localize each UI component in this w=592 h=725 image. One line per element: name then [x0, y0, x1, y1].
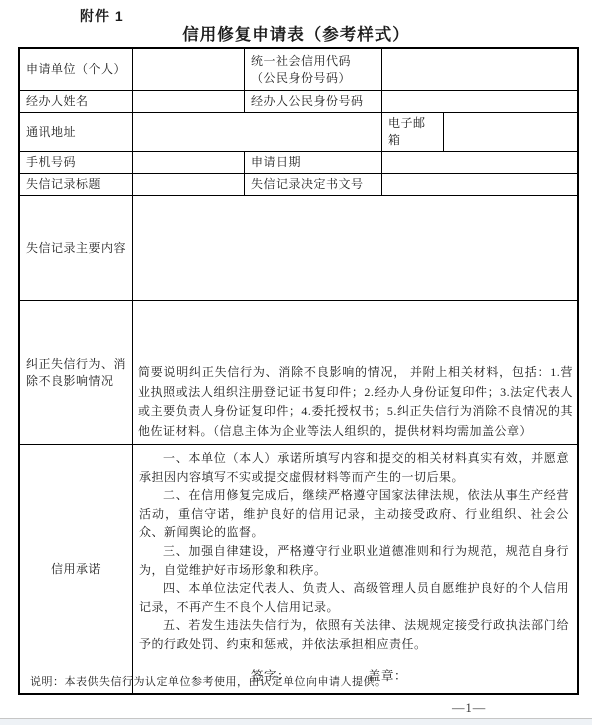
address-value-cell	[133, 113, 382, 151]
credit-code-label: 统一社会信用代码 （公民身份号码）	[245, 49, 382, 90]
record-title-value-cell	[133, 174, 245, 195]
commitment-item-1: 一、本单位（本人）承诺所填写内容和提交的相关材料真实有效，并愿意承担因内容填写不…	[139, 449, 569, 486]
record-title-label: 失信记录标题	[20, 174, 133, 195]
phone-value-cell	[133, 152, 245, 173]
agent-id-label: 经办人公民身份号码	[245, 91, 382, 112]
commitment-item-3: 三、加强自律建设，严格遵守行业职业道德准则和行为规范，规范自身行为，自觉维护好市…	[139, 542, 569, 579]
email-label: 电子邮箱	[382, 113, 444, 151]
row-commitment: 信用承诺 一、本单位（本人）承诺所填写内容和提交的相关材料真实有效，并愿意承担因…	[20, 445, 577, 693]
row-agent: 经办人姓名 经办人公民身份号码	[20, 91, 577, 113]
commitment-item-4: 四、本单位法定代表人、负责人、高级管理人员自愿维护良好的个人信用记录，不再产生不…	[139, 579, 569, 616]
email-value-cell	[444, 113, 577, 151]
row-correction: 纠正失信行为、消除不良影响情况 简要说明纠正失信行为、消除不良影响的情况， 并附…	[20, 301, 577, 445]
window-bottom-edge	[0, 718, 592, 725]
credit-repair-form-table: 申请单位（个人） 统一社会信用代码 （公民身份号码） 经办人姓名 经办人公民身份…	[18, 47, 579, 695]
apply-date-value-cell	[382, 152, 577, 173]
credit-code-label-text: 统一社会信用代码 （公民身份号码）	[251, 53, 351, 87]
correction-label: 纠正失信行为、消除不良影响情况	[20, 301, 133, 444]
agent-name-value-cell	[133, 91, 245, 112]
credit-code-value-cell	[382, 49, 577, 90]
row-record-title: 失信记录标题 失信记录决定书文号	[20, 174, 577, 196]
page-title: 信用修复申请表（参考样式）	[0, 21, 592, 45]
record-content-label: 失信记录主要内容	[20, 196, 133, 300]
row-applicant: 申请单位（个人） 统一社会信用代码 （公民身份号码）	[20, 49, 577, 91]
applicant-label: 申请单位（个人）	[20, 49, 133, 90]
commitment-item-5: 五、若发生违法失信行为，依照有关法律、法规规定接受行政执法部门给予的行政处罚、约…	[139, 616, 569, 653]
page-number: —1—	[452, 701, 486, 716]
form-note: 说明：本表供失信行为认定单位参考使用，由认定单位向申请人提供。	[30, 673, 387, 689]
correction-description-text: 简要说明纠正失信行为、消除不良影响的情况， 并附上相关材料，包括：1.营业执照或…	[138, 363, 573, 441]
commitment-item-2: 二、在信用修复完成后，继续严格遵守国家法律法规，依法从事生产经营活动，重信守诺，…	[139, 486, 569, 542]
row-record-content: 失信记录主要内容	[20, 196, 577, 301]
applicant-value-cell	[133, 49, 245, 90]
record-doc-no-value-cell	[382, 174, 577, 195]
agent-id-value-cell	[382, 91, 577, 112]
record-content-value-cell	[133, 196, 577, 300]
agent-name-label: 经办人姓名	[20, 91, 133, 112]
record-doc-no-label: 失信记录决定书文号	[245, 174, 382, 195]
commitment-label: 信用承诺	[20, 445, 133, 693]
commitment-content-cell: 一、本单位（本人）承诺所填写内容和提交的相关材料真实有效，并愿意承担因内容填写不…	[133, 445, 577, 693]
apply-date-label: 申请日期	[245, 152, 382, 173]
phone-label: 手机号码	[20, 152, 133, 173]
address-label: 通讯地址	[20, 113, 133, 151]
row-phone: 手机号码 申请日期	[20, 152, 577, 174]
row-address: 通讯地址 电子邮箱	[20, 113, 577, 152]
correction-description-cell: 简要说明纠正失信行为、消除不良影响的情况， 并附上相关材料，包括：1.营业执照或…	[133, 301, 577, 444]
